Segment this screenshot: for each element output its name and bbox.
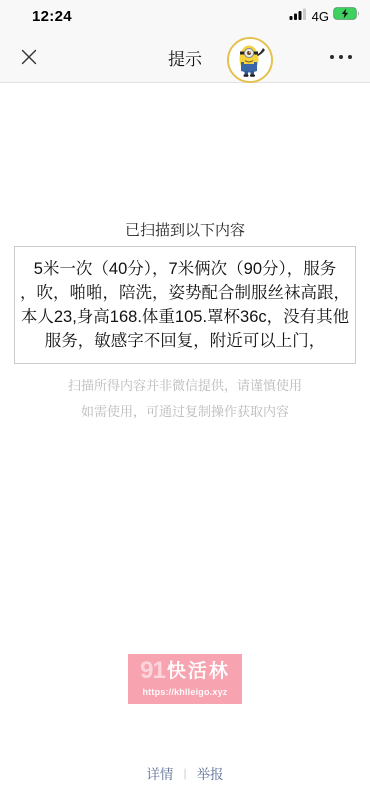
nav-bar: 提示 bbox=[0, 30, 370, 83]
report-link[interactable]: 举报 bbox=[197, 763, 224, 783]
watermark-url: https://khlleigo.xyz bbox=[134, 687, 236, 697]
more-menu-icon[interactable] bbox=[328, 48, 354, 66]
footer-separator: | bbox=[183, 766, 186, 780]
watermark-badge: 91 快活林 https://khlleigo.xyz bbox=[128, 654, 242, 704]
scan-result-heading: 已扫描到以下内容 bbox=[0, 219, 370, 240]
header: 12:24 4G bbox=[0, 0, 370, 83]
watermark-prefix: 91 bbox=[140, 659, 165, 683]
wechat-scan-result-page: 12:24 4G bbox=[0, 0, 370, 800]
status-icons: 4G bbox=[289, 7, 360, 25]
status-bar: 12:24 4G bbox=[0, 0, 370, 30]
network-label: 4G bbox=[312, 9, 329, 24]
footer-links: 详情 | 举报 bbox=[0, 763, 370, 783]
disclaimer-text: 扫描所得内容并非微信提供，请谨慎使用 如需使用，可通过复制操作获取内容 bbox=[0, 373, 370, 425]
signal-icon bbox=[289, 7, 308, 25]
watermark-name: 快活林 bbox=[167, 662, 230, 681]
battery-charging-icon bbox=[333, 7, 360, 25]
scanned-text-box: 5米一次（40分），7米俩次（90分），服务 ，吹，啪啪，陪洗，姿势配合制服丝袜… bbox=[14, 246, 356, 364]
scanned-text-line: ，吹，啪啪，陪洗，姿势配合制服丝袜高跟， bbox=[17, 281, 353, 305]
disclaimer-line-1: 扫描所得内容并非微信提供，请谨慎使用 bbox=[0, 373, 370, 399]
scanned-text-line: 服务，敏感字不回复，附近可以上门， bbox=[17, 329, 353, 353]
minion-avatar-image bbox=[229, 39, 271, 81]
detail-link[interactable]: 详情 bbox=[146, 763, 173, 783]
status-time: 12:24 bbox=[32, 8, 72, 25]
disclaimer-line-2: 如需使用，可通过复制操作获取内容 bbox=[0, 399, 370, 425]
avatar[interactable] bbox=[227, 37, 273, 83]
scanned-text-line: 本人23,身高168.体重105.罩杯36c，没有其他 bbox=[17, 305, 353, 329]
page-title: 提示 bbox=[0, 45, 370, 70]
scanned-text-line: 5米一次（40分），7米俩次（90分），服务 bbox=[17, 257, 353, 281]
watermark-title: 91 快活林 bbox=[134, 659, 236, 683]
